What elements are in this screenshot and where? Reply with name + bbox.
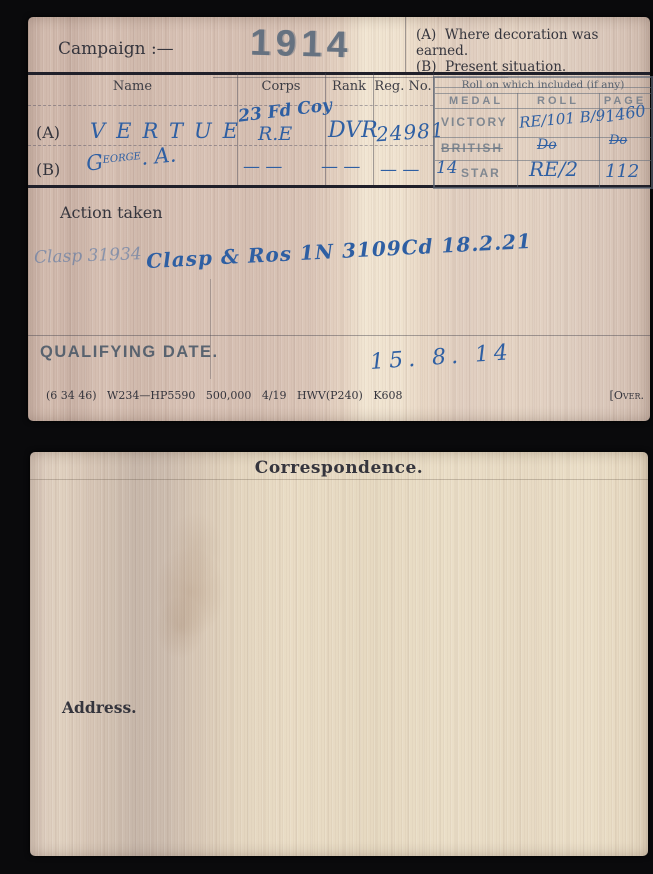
rank-handwritten: DVR (328, 118, 378, 143)
medal-index-card-back: Correspondence. Address. (30, 452, 648, 856)
row-line-a (28, 145, 433, 146)
column-header-rank: Rank (325, 79, 373, 94)
british-medal-stamp: BRITISH (441, 141, 503, 155)
scanned-medal-card-page: Campaign :— 1914 (A) Where decoration wa… (0, 0, 653, 874)
action-note-handwritten: Clasp & Ros 1N 3109Cd 18.2.21 (146, 229, 533, 273)
soldier-forename-handwritten: GEORGE. A. (85, 142, 177, 175)
header-rule (28, 72, 650, 75)
forename-initial: G (85, 150, 104, 176)
star-page-handwritten: 112 (605, 161, 639, 182)
roll-box-stamp: Roll on which included (if any) MEDAL RO… (433, 76, 653, 189)
qualifying-section-vline (210, 279, 211, 379)
qualifying-section-rule (28, 335, 650, 336)
british-page-ditto: Do (609, 133, 627, 148)
action-taken-label: Action taken (60, 203, 163, 222)
british-roll-ditto: Do (537, 137, 557, 153)
row-b-reg-ditto: — — (380, 160, 419, 180)
row-b-corps-ditto: — — (243, 157, 282, 177)
victory-medal-stamp: VICTORY (441, 115, 508, 129)
roll-box-title-strike-line (435, 87, 651, 88)
corps-regiment-handwritten: R.E (258, 123, 292, 145)
column-header-corps: Corps (237, 79, 325, 94)
row-line-header (28, 105, 433, 106)
qualifying-date-handwritten: 15. 8. 14 (369, 340, 513, 375)
column-header-reg-no: Reg. No. (373, 79, 433, 94)
over-label: [Over. (610, 389, 644, 402)
star-roll-handwritten: RE/2 (529, 157, 578, 181)
row-a-label: (A) (36, 123, 60, 142)
column-header-name: Name (28, 79, 237, 94)
campaign-label: Campaign :— (58, 39, 174, 59)
soldier-surname: VERTUE (90, 119, 249, 143)
note-a-id: (A) (416, 27, 436, 43)
correspondence-title: Correspondence. (30, 458, 648, 478)
decoration-note-a: (A) Where decoration was earned. (416, 27, 650, 59)
corps-unit-handwritten: 23 Fd Coy (237, 95, 333, 126)
victory-roll-handwritten: RE/101 B/9 (518, 106, 606, 131)
row-b-label: (B) (36, 160, 60, 179)
forename-initials-rest: . A. (140, 142, 178, 170)
roll-box-col-roll: ROLL (517, 95, 599, 107)
roll-box-title-underline (435, 93, 651, 94)
campaign-year-stamp: 1914 (249, 22, 352, 67)
header-divider-line (405, 17, 406, 72)
medal-index-card-front: Campaign :— 1914 (A) Where decoration wa… (28, 17, 650, 421)
qualifying-date-stamp: QUALIFYING DATE. (40, 343, 219, 362)
correspondence-underline (30, 479, 648, 480)
note-a-text: Where decoration was earned. (416, 27, 598, 59)
star-prefix-handwritten: 14 (436, 158, 458, 178)
printer-code: (6 34 46) W234—HP5590 500,000 4/19 HWV(P… (46, 389, 403, 402)
star-medal-stamp: STAR (461, 166, 501, 180)
roll-box-title: Roll on which included (if any) (435, 79, 651, 91)
roll-box-col-medal: MEDAL (435, 95, 517, 107)
address-label: Address. (62, 698, 137, 717)
action-note-faded-handwritten: Clasp 31934 (34, 244, 142, 268)
forename-superscript: EORGE (102, 151, 141, 166)
row-b-rank-ditto: — — (321, 157, 360, 177)
